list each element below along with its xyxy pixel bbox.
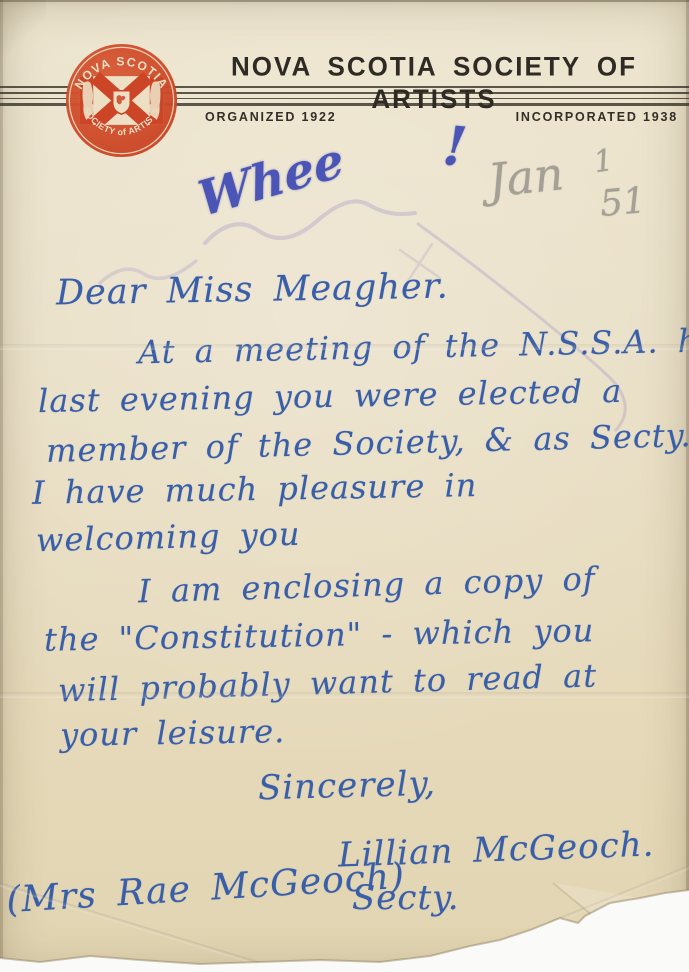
letter-line: I have much pleasure in (32, 466, 478, 512)
pencil-date-year: 51 (598, 180, 647, 225)
letter-line: your leisure. (60, 712, 286, 754)
letterhead-title: NOVA SCOTIA SOCIETY OF ARTISTS (198, 51, 670, 115)
incorporated-label: INCORPORATED 1938 (500, 110, 678, 124)
letter-closing: Sincerely, (258, 764, 437, 809)
pencil-date-month: Jan (485, 146, 566, 208)
scanned-letter: NOVA SCOTIA SOCIETY of ARTISTS NOVA SCOT… (0, 0, 689, 972)
paper-edge (0, 0, 689, 2)
paper-edge (0, 0, 3, 972)
organized-label: ORGANIZED 1922 (205, 110, 336, 124)
letter-salutation: Dear Miss Meagher. (56, 267, 449, 314)
nssa-seal-stamp: NOVA SCOTIA SOCIETY of ARTISTS (63, 41, 180, 160)
letter-line: welcoming you (36, 515, 301, 559)
